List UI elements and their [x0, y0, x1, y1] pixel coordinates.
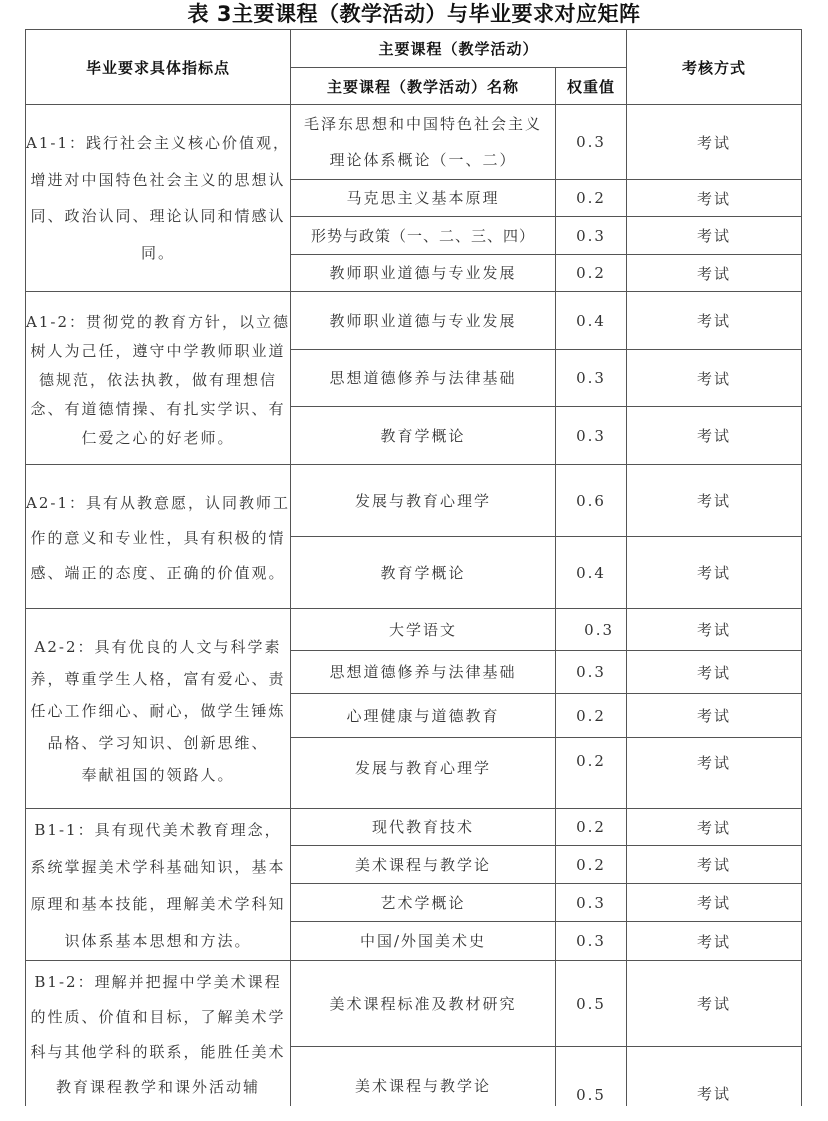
course-weight: 0.2: [556, 809, 627, 846]
course-weight: 0.3: [556, 922, 627, 961]
course-weight: 0.6: [556, 465, 627, 537]
course-name: 教育学概论: [291, 537, 556, 609]
course-name: 思想道德修养与法律基础: [291, 350, 556, 407]
table-row: A1-2：贯彻党的教育方针，以立德树人为己任，遵守中学教师职业道德规范，依法执教…: [26, 292, 802, 350]
course-weight: 0.2: [556, 255, 627, 292]
course-name: 教师职业道德与专业发展: [291, 255, 556, 292]
course-weight: 0.3: [556, 217, 627, 255]
course-assessment: 考试: [627, 883, 802, 922]
course-name: 中国/外国美术史: [291, 922, 556, 961]
header-courses-group: 主要课程（教学活动）: [291, 30, 627, 68]
indicator-b1-1: B1-1：具有现代美术教育理念，系统掌握美术学科基础知识，基本原理和基本技能，理…: [26, 809, 291, 961]
table-row: A2-2：具有优良的人文与科学素养，尊重学生人格，富有爱心、责任心工作细心、耐心…: [26, 609, 802, 651]
indicator-a1-1: A1-1：践行社会主义核心价值观，增进对中国特色社会主义的思想认同、政治认同、理…: [26, 105, 291, 292]
course-name: 美术课程标准及教材研究: [291, 961, 556, 1047]
course-assessment: 考试: [627, 537, 802, 609]
table-row: A1-1：践行社会主义核心价值观，增进对中国特色社会主义的思想认同、政治认同、理…: [26, 105, 802, 180]
course-weight: 0.4: [556, 292, 627, 350]
indicator-a2-2: A2-2：具有优良的人文与科学素养，尊重学生人格，富有爱心、责任心工作细心、耐心…: [26, 609, 291, 809]
course-requirement-matrix: 毕业要求具体指标点 主要课程（教学活动） 考核方式 主要课程（教学活动）名称 权…: [25, 29, 802, 1106]
table-row: B1-2：理解并把握中学美术课程的性质、价值和目标，了解美术学科与其他学科的联系…: [26, 961, 802, 1047]
course-name: 大学语文: [291, 609, 556, 651]
course-assessment: 考试: [627, 961, 802, 1047]
course-assessment: 考试: [627, 651, 802, 694]
indicator-a1-2: A1-2：贯彻党的教育方针，以立德树人为己任，遵守中学教师职业道德规范，依法执教…: [26, 292, 291, 465]
course-name: 教师职业道德与专业发展: [291, 292, 556, 350]
table-title: 表 3主要课程（教学活动）与毕业要求对应矩阵: [0, 0, 828, 28]
course-name: 思想道德修养与法律基础: [291, 651, 556, 694]
course-weight: 0.3: [556, 883, 627, 922]
course-weight: 0.2: [556, 846, 627, 883]
course-name: 艺术学概论: [291, 883, 556, 922]
course-assessment: 考试: [627, 809, 802, 846]
course-name: 发展与教育心理学: [291, 465, 556, 537]
course-assessment: 考试: [627, 255, 802, 292]
course-name: 教育学概论: [291, 407, 556, 465]
course-assessment: 考试: [627, 217, 802, 255]
indicator-a2-1: A2-1：具有从教意愿，认同教师工作的意义和专业性，具有积极的情感、端正的态度、…: [26, 465, 291, 609]
table-row: A2-1：具有从教意愿，认同教师工作的意义和专业性，具有积极的情感、端正的态度、…: [26, 465, 802, 537]
course-assessment: 考试: [627, 407, 802, 465]
course-assessment: 考试: [627, 846, 802, 883]
indicator-b1-2: B1-2：理解并把握中学美术课程的性质、价值和目标，了解美术学科与其他学科的联系…: [26, 961, 291, 1106]
course-weight: 0.3: [556, 407, 627, 465]
course-assessment: 考试: [627, 465, 802, 537]
course-assessment: 考试: [627, 609, 802, 651]
course-name: 美术课程与教学论: [291, 1047, 556, 1106]
course-assessment: 考试: [627, 292, 802, 350]
course-assessment: 考试: [627, 105, 802, 180]
header-assessment: 考核方式: [627, 30, 802, 105]
course-assessment: 考试: [627, 1047, 802, 1106]
course-weight: 0.2: [556, 738, 627, 809]
course-name: 发展与教育心理学: [291, 738, 556, 809]
course-name: 心理健康与道德教育: [291, 694, 556, 738]
course-name: 马克思主义基本原理: [291, 180, 556, 217]
course-name: 毛泽东思想和中国特色社会主义理论体系概论（一、二）: [291, 105, 556, 180]
course-assessment: 考试: [627, 694, 802, 738]
header-indicator: 毕业要求具体指标点: [26, 30, 291, 105]
course-assessment: 考试: [627, 350, 802, 407]
course-weight: 0.5: [556, 1047, 627, 1106]
course-weight: 0.4: [556, 537, 627, 609]
course-name: 现代教育技术: [291, 809, 556, 846]
course-weight: 0.3: [556, 350, 627, 407]
course-weight: 0.2: [556, 180, 627, 217]
course-assessment: 考试: [627, 738, 802, 809]
course-weight: 0.3: [556, 609, 627, 651]
header-weight: 权重值: [556, 68, 627, 105]
header-course-name: 主要课程（教学活动）名称: [291, 68, 556, 105]
course-name: 形势与政策（一、二、三、四）: [291, 217, 556, 255]
table-row: B1-1：具有现代美术教育理念，系统掌握美术学科基础知识，基本原理和基本技能，理…: [26, 809, 802, 846]
course-weight: 0.2: [556, 694, 627, 738]
course-name: 美术课程与教学论: [291, 846, 556, 883]
course-weight: 0.3: [556, 651, 627, 694]
course-weight: 0.5: [556, 961, 627, 1047]
course-weight: 0.3: [556, 105, 627, 180]
course-assessment: 考试: [627, 180, 802, 217]
course-assessment: 考试: [627, 922, 802, 961]
